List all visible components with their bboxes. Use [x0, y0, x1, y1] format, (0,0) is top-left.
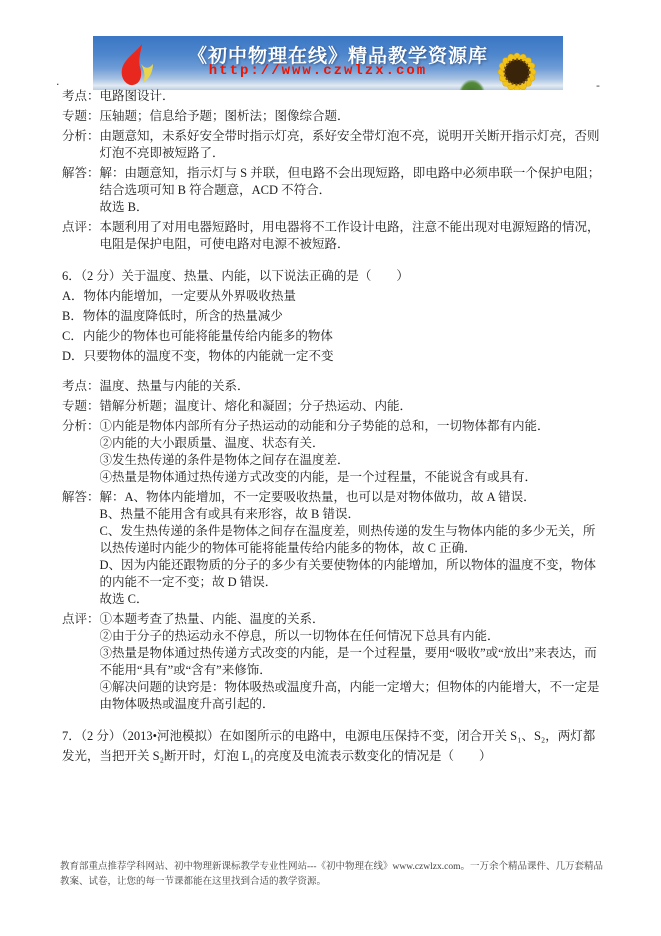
- qa-row-content: 由题意知，未系好安全带时指示灯亮，系好安全带灯泡不亮，说明开关断开指示灯亮，否则…: [100, 128, 603, 162]
- banner-url: http://www.czwlzx.com: [133, 63, 503, 79]
- qa-row-content: 错解分析题；温度计、熔化和凝固；分子热运动、内能．: [100, 398, 603, 415]
- question-6: 6．（2 分）关于温度、热量、内能，以下说法正确的是（ ） A．物体内能增加，一…: [62, 266, 603, 366]
- qa-row-kaodian: 考点： 电路图设计．: [62, 88, 603, 105]
- qa-row-content: 压轴题；信息给予题；图析法；图像综合题．: [100, 108, 603, 125]
- question-6-option-d: D．只要物体的温度不变，物体的内能就一定不变: [62, 346, 603, 366]
- question-7-stem: 7．（2 分）（2013•河池模拟）在如图所示的电路中，电源电压保持不变，闭合开…: [62, 726, 603, 766]
- qa-row-fenxi: 分析： ①内能是物体内部所有分子热运动的动能和分子势能的总和，一切物体都有内能．…: [62, 418, 603, 486]
- qa-row-content: 本题利用了对用电器短路时，用电器将不工作设计电路，注意不能出现对电源短路的情况，…: [100, 219, 603, 253]
- qa-row-label: 专题：: [62, 108, 100, 125]
- site-banner: 《初中物理在线》精品教学资源库 http://www.czwlzx.com: [93, 36, 563, 90]
- qa-row-content: 解：由题意知，指示灯与 S 并联，但电路不会出现短路，即电路中必须串联一个保护电…: [100, 165, 603, 216]
- qa-row-jieda: 解答： 解：A、物体内能增加，不一定要吸收热量，也可以是对物体做功，故 A 错误…: [62, 489, 603, 608]
- qa-row-content: 温度、热量与内能的关系．: [100, 378, 603, 395]
- question-6-stem: 6．（2 分）关于温度、热量、内能，以下说法正确的是（ ）: [62, 266, 603, 286]
- document-content: 考点： 电路图设计． 专题： 压轴题；信息给予题；图析法；图像综合题． 分析： …: [62, 88, 603, 778]
- question-7: 7．（2 分）（2013•河池模拟）在如图所示的电路中，电源电压保持不变，闭合开…: [62, 726, 603, 766]
- stray-dot-mark: ·: [56, 78, 60, 91]
- answer-block-1: 考点： 电路图设计． 专题： 压轴题；信息给予题；图析法；图像综合题． 分析： …: [62, 88, 603, 253]
- qa-row-fenxi: 分析： 由题意知，未系好安全带时指示灯亮，系好安全带灯泡不亮，说明开关断开指示灯…: [62, 128, 603, 162]
- qa-row-label: 点评：: [62, 219, 100, 253]
- qa-row-dianping: 点评： ①本题考查了热量、内能、温度的关系． ②由于分子的热运动永不停息，所以一…: [62, 611, 603, 713]
- qa-row-label: 分析：: [62, 128, 100, 162]
- document-page: · - 《初中物理在线》精品教学资源库 http://www.czwlzx.co…: [0, 0, 661, 936]
- qa-row-content: ①本题考查了热量、内能、温度的关系． ②由于分子的热运动永不停息，所以一切物体在…: [100, 611, 603, 713]
- qa-row-content: ①内能是物体内部所有分子热运动的动能和分子势能的总和，一切物体都有内能． ②内能…: [100, 418, 603, 486]
- sunflower-icon: [479, 36, 555, 90]
- qa-row-label: 考点：: [62, 378, 100, 395]
- qa-row-zhuanti: 专题： 压轴题；信息给予题；图析法；图像综合题．: [62, 108, 603, 125]
- qa-row-zhuanti: 专题： 错解分析题；温度计、熔化和凝固；分子热运动、内能．: [62, 398, 603, 415]
- qa-row-label: 考点：: [62, 88, 100, 105]
- question-6-option-a: A．物体内能增加，一定要从外界吸收热量: [62, 286, 603, 306]
- footer-note: 教育部重点推荐学科网站、初中物理新课标教学专业性网站---《初中物理在线》www…: [60, 860, 608, 890]
- qa-row-content: 解：A、物体内能增加，不一定要吸收热量，也可以是对物体做功，故 A 错误． B、…: [100, 489, 603, 608]
- qa-row-content: 电路图设计．: [100, 88, 603, 105]
- qa-row-label: 解答：: [62, 165, 100, 216]
- qa-row-label: 点评：: [62, 611, 100, 713]
- qa-row-label: 分析：: [62, 418, 100, 486]
- qa-row-label: 专题：: [62, 398, 100, 415]
- answer-block-2: 考点： 温度、热量与内能的关系． 专题： 错解分析题；温度计、熔化和凝固；分子热…: [62, 378, 603, 713]
- qa-row-kaodian: 考点： 温度、热量与内能的关系．: [62, 378, 603, 395]
- question-6-option-b: B．物体的温度降低时，所含的热量减少: [62, 306, 603, 326]
- question-6-option-c: C．内能少的物体也可能将能量传给内能多的物体: [62, 326, 603, 346]
- qa-row-jieda: 解答： 解：由题意知，指示灯与 S 并联，但电路不会出现短路，即电路中必须串联一…: [62, 165, 603, 216]
- qa-row-dianping: 点评： 本题利用了对用电器短路时，用电器将不工作设计电路，注意不能出现对电源短路…: [62, 219, 603, 253]
- qa-row-label: 解答：: [62, 489, 100, 608]
